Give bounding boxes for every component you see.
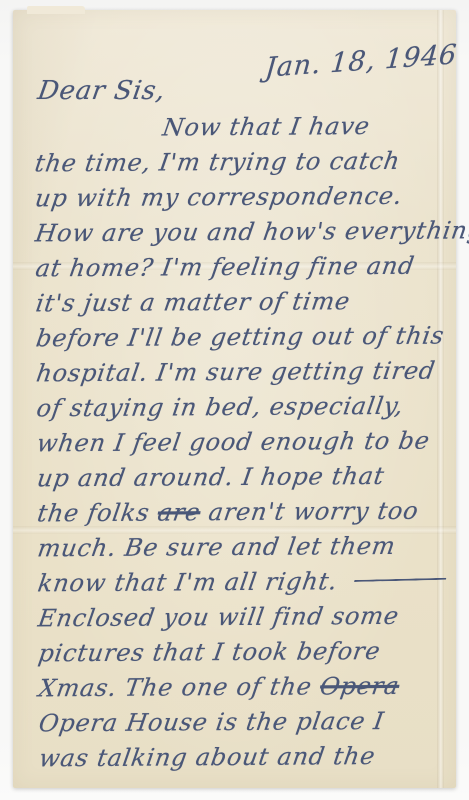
letter-line: Opera House is the place I — [29, 704, 451, 742]
letter-text-segment: Now that I have — [161, 112, 372, 141]
letter-text-segment: at home? I'm feeling fine and — [34, 252, 417, 283]
letter-line-text: was talking about and the — [37, 739, 378, 776]
letter-line: the time, I'm trying to catch — [25, 144, 447, 182]
letter-text-segment: Enclosed you will find some — [36, 602, 401, 633]
letter-line: hospital. I'm sure getting tired — [26, 354, 448, 392]
letter-line-text: it's just a matter of time — [33, 284, 352, 321]
letter-line-text: much. Be sure and let them — [35, 529, 398, 567]
letter-line-text: Enclosed you will find some — [36, 599, 402, 637]
letter-line: pictures that I took before — [28, 634, 450, 672]
letter-text-segment: aren't worry too — [198, 497, 420, 527]
letter-line-text: at home? I'm feeling fine and — [33, 249, 417, 287]
letter-text-segment: when I feel good enough to be — [35, 427, 432, 458]
letter-text-segment: of staying in bed, especially, — [35, 392, 406, 423]
letter-line-text: How are you and how's everything — [33, 213, 469, 251]
letter-line: it's just a matter of time — [26, 284, 448, 322]
letter-body: Now that I havethe time, I'm trying to c… — [25, 109, 452, 777]
letter-salutation-text: Dear Sis, — [36, 76, 168, 106]
letter-line-text: hospital. I'm sure getting tired — [34, 354, 438, 392]
struck-word: are — [156, 498, 203, 526]
letter-line: was talking about and the — [29, 739, 451, 777]
letter-line: Enclosed you will find some — [28, 599, 450, 637]
letter-line-text: the time, I'm trying to catch — [32, 144, 402, 182]
letter-line-text: Now that I have — [160, 109, 372, 145]
letter-text-segment: up and around. I hope that — [35, 462, 386, 492]
letter-line: know that I'm all right. — [28, 564, 450, 602]
letter-line-text: up with my correspondence. — [33, 179, 405, 217]
letter-text-segment: the folks — [35, 499, 160, 528]
letter-text-segment: know that I'm all right. — [36, 567, 348, 597]
letter-line-text: pictures that I took before — [36, 634, 383, 671]
letter-line: before I'll be getting out of this — [26, 319, 448, 357]
letter-line: when I feel good enough to be — [27, 424, 449, 462]
letter-line: How are you and how's everything — [25, 214, 447, 252]
letter-line-text: when I feel good enough to be — [34, 424, 432, 462]
letter-text-segment: the time, I'm trying to catch — [33, 147, 402, 178]
letter-text-segment: Opera House is the place I — [37, 707, 386, 737]
handwritten-dash — [354, 577, 446, 581]
letter-text-segment: was talking about and the — [37, 742, 377, 772]
letter-line-text: know that I'm all right. — [35, 564, 448, 602]
letter-line-text: up and around. I hope that — [35, 459, 387, 496]
letter-text-segment: up with my correspondence. — [33, 182, 404, 213]
scan-background: Jan. 18, 1946 Dear Sis, Now that I havet… — [0, 0, 469, 800]
letter-line: Now that I have — [25, 109, 447, 147]
letter-line: at home? I'm feeling fine and — [26, 249, 448, 287]
letter-text-segment: pictures that I took before — [36, 637, 382, 667]
letter-text-segment: much. Be sure and let them — [36, 532, 398, 563]
letter-line: up and around. I hope that — [27, 459, 449, 497]
letter-line-text: of staying in bed, especially, — [34, 389, 406, 427]
letter-line: up with my correspondence. — [25, 179, 447, 217]
letter-text-segment: Xmas. The one of the — [37, 672, 323, 702]
letter-line: the folks are aren't worry too — [27, 494, 449, 532]
letter-text-segment: before I'll be getting out of this — [34, 322, 446, 353]
letter-text-segment: it's just a matter of time — [34, 287, 352, 317]
letter-text-segment: hospital. I'm sure getting tired — [34, 357, 437, 388]
letter-salutation: Dear Sis, — [38, 76, 165, 106]
letter-line: Xmas. The one of the Opera — [29, 669, 451, 707]
letter-line: of staying in bed, especially, — [27, 389, 449, 427]
letter-line: much. Be sure and let them — [28, 529, 450, 567]
letter-line-text: Xmas. The one of the Opera — [36, 669, 402, 707]
letter-line-text: the folks are aren't worry too — [35, 494, 421, 532]
letter-text-segment: How are you and how's everything — [33, 216, 469, 247]
letter-line-text: Opera House is the place I — [36, 704, 386, 741]
letter-line-text: before I'll be getting out of this — [34, 319, 447, 357]
struck-word: Opera — [318, 672, 401, 701]
